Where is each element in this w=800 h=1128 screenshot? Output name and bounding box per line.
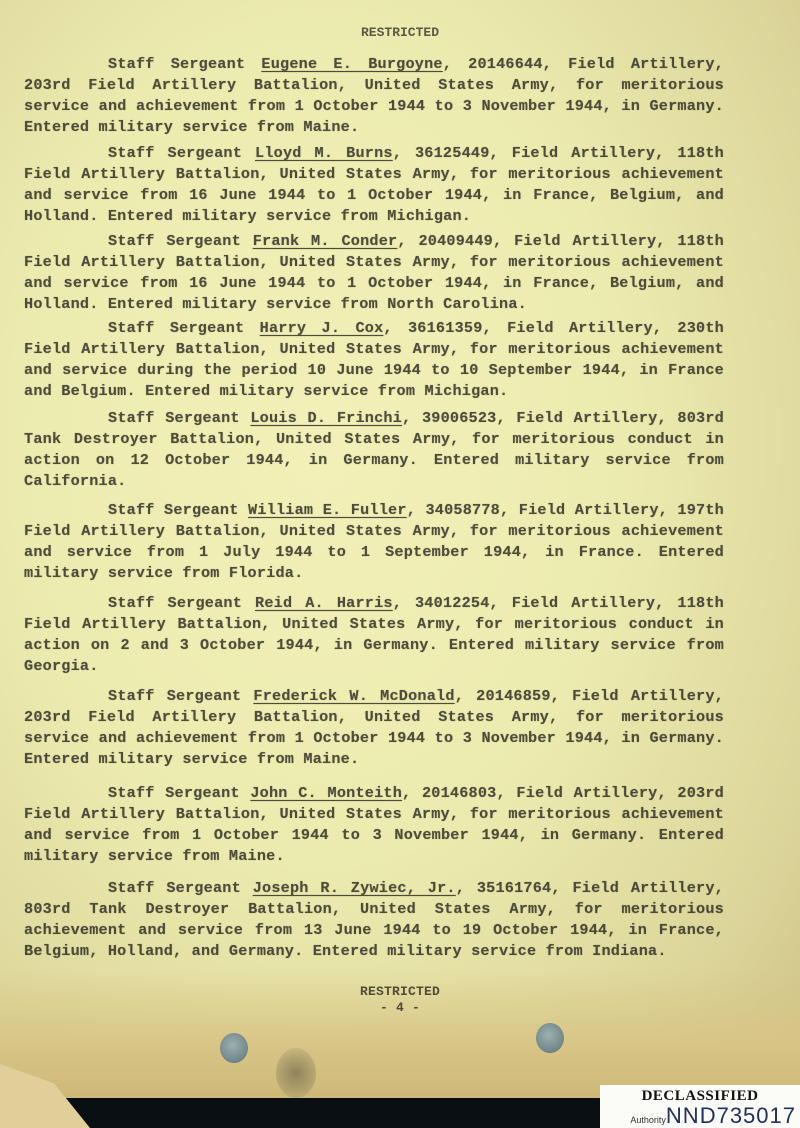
- soldier-name: Harry J. Cox: [260, 319, 384, 337]
- citation-entry: Staff Sergeant William E. Fuller, 340587…: [24, 500, 724, 584]
- soldier-name: Frederick W. McDonald: [253, 687, 454, 705]
- footer-marking: RESTRICTED: [0, 984, 800, 1000]
- citation-entry: Staff Sergeant John C. Monteith, 2014680…: [24, 783, 724, 867]
- soldier-name: Lloyd M. Burns: [255, 144, 393, 162]
- soldier-name: Frank M. Conder: [253, 232, 398, 250]
- punch-hole: [536, 1023, 564, 1053]
- citation-entry: Staff Sergeant Frank M. Conder, 20409449…: [24, 231, 724, 315]
- document-page: RESTRICTED Staff Sergeant Eugene E. Burg…: [0, 0, 800, 1098]
- citation-entry: Staff Sergeant Joseph R. Zywiec, Jr., 35…: [24, 878, 724, 962]
- rank: Staff Sergeant: [108, 319, 244, 337]
- header-marking: RESTRICTED: [0, 22, 800, 43]
- rank: Staff Sergeant: [108, 501, 239, 519]
- ink-smudge: [276, 1048, 316, 1098]
- citation-entry: Staff Sergeant Reid A. Harris, 34012254,…: [24, 593, 724, 677]
- authority-label: Authority: [630, 1115, 666, 1125]
- stamp-authority: AuthorityNND735017: [600, 1105, 800, 1128]
- citation-entry: Staff Sergeant Louis D. Frinchi, 3900652…: [24, 408, 724, 492]
- soldier-name: Reid A. Harris: [255, 594, 393, 612]
- rank: Staff Sergeant: [108, 409, 240, 427]
- authority-number: NND735017: [666, 1103, 796, 1128]
- rank: Staff Sergeant: [108, 232, 241, 250]
- soldier-name: Joseph R. Zywiec, Jr.: [253, 879, 456, 897]
- page-footer: RESTRICTED - 4 -: [0, 984, 800, 1016]
- declassified-stamp: DECLASSIFIED AuthorityNND735017: [600, 1085, 800, 1128]
- punch-hole: [220, 1033, 248, 1063]
- soldier-name: John C. Monteith: [250, 784, 402, 802]
- rank: Staff Sergeant: [108, 784, 240, 802]
- soldier-name: William E. Fuller: [248, 501, 407, 519]
- citation-entry: Staff Sergeant Frederick W. McDonald, 20…: [24, 686, 724, 770]
- citation-entry: Staff Sergeant Lloyd M. Burns, 36125449,…: [24, 143, 724, 227]
- page-number: - 4 -: [0, 1000, 800, 1016]
- rank: Staff Sergeant: [108, 594, 242, 612]
- citation-entry: Staff Sergeant Eugene E. Burgoyne, 20146…: [24, 54, 724, 138]
- rank: Staff Sergeant: [108, 687, 241, 705]
- rank: Staff Sergeant: [108, 55, 245, 73]
- soldier-name: Louis D. Frinchi: [250, 409, 402, 427]
- rank: Staff Sergeant: [108, 879, 241, 897]
- citation-entry: Staff Sergeant Harry J. Cox, 36161359, F…: [24, 318, 724, 402]
- soldier-name: Eugene E. Burgoyne: [261, 55, 442, 73]
- rank: Staff Sergeant: [108, 144, 242, 162]
